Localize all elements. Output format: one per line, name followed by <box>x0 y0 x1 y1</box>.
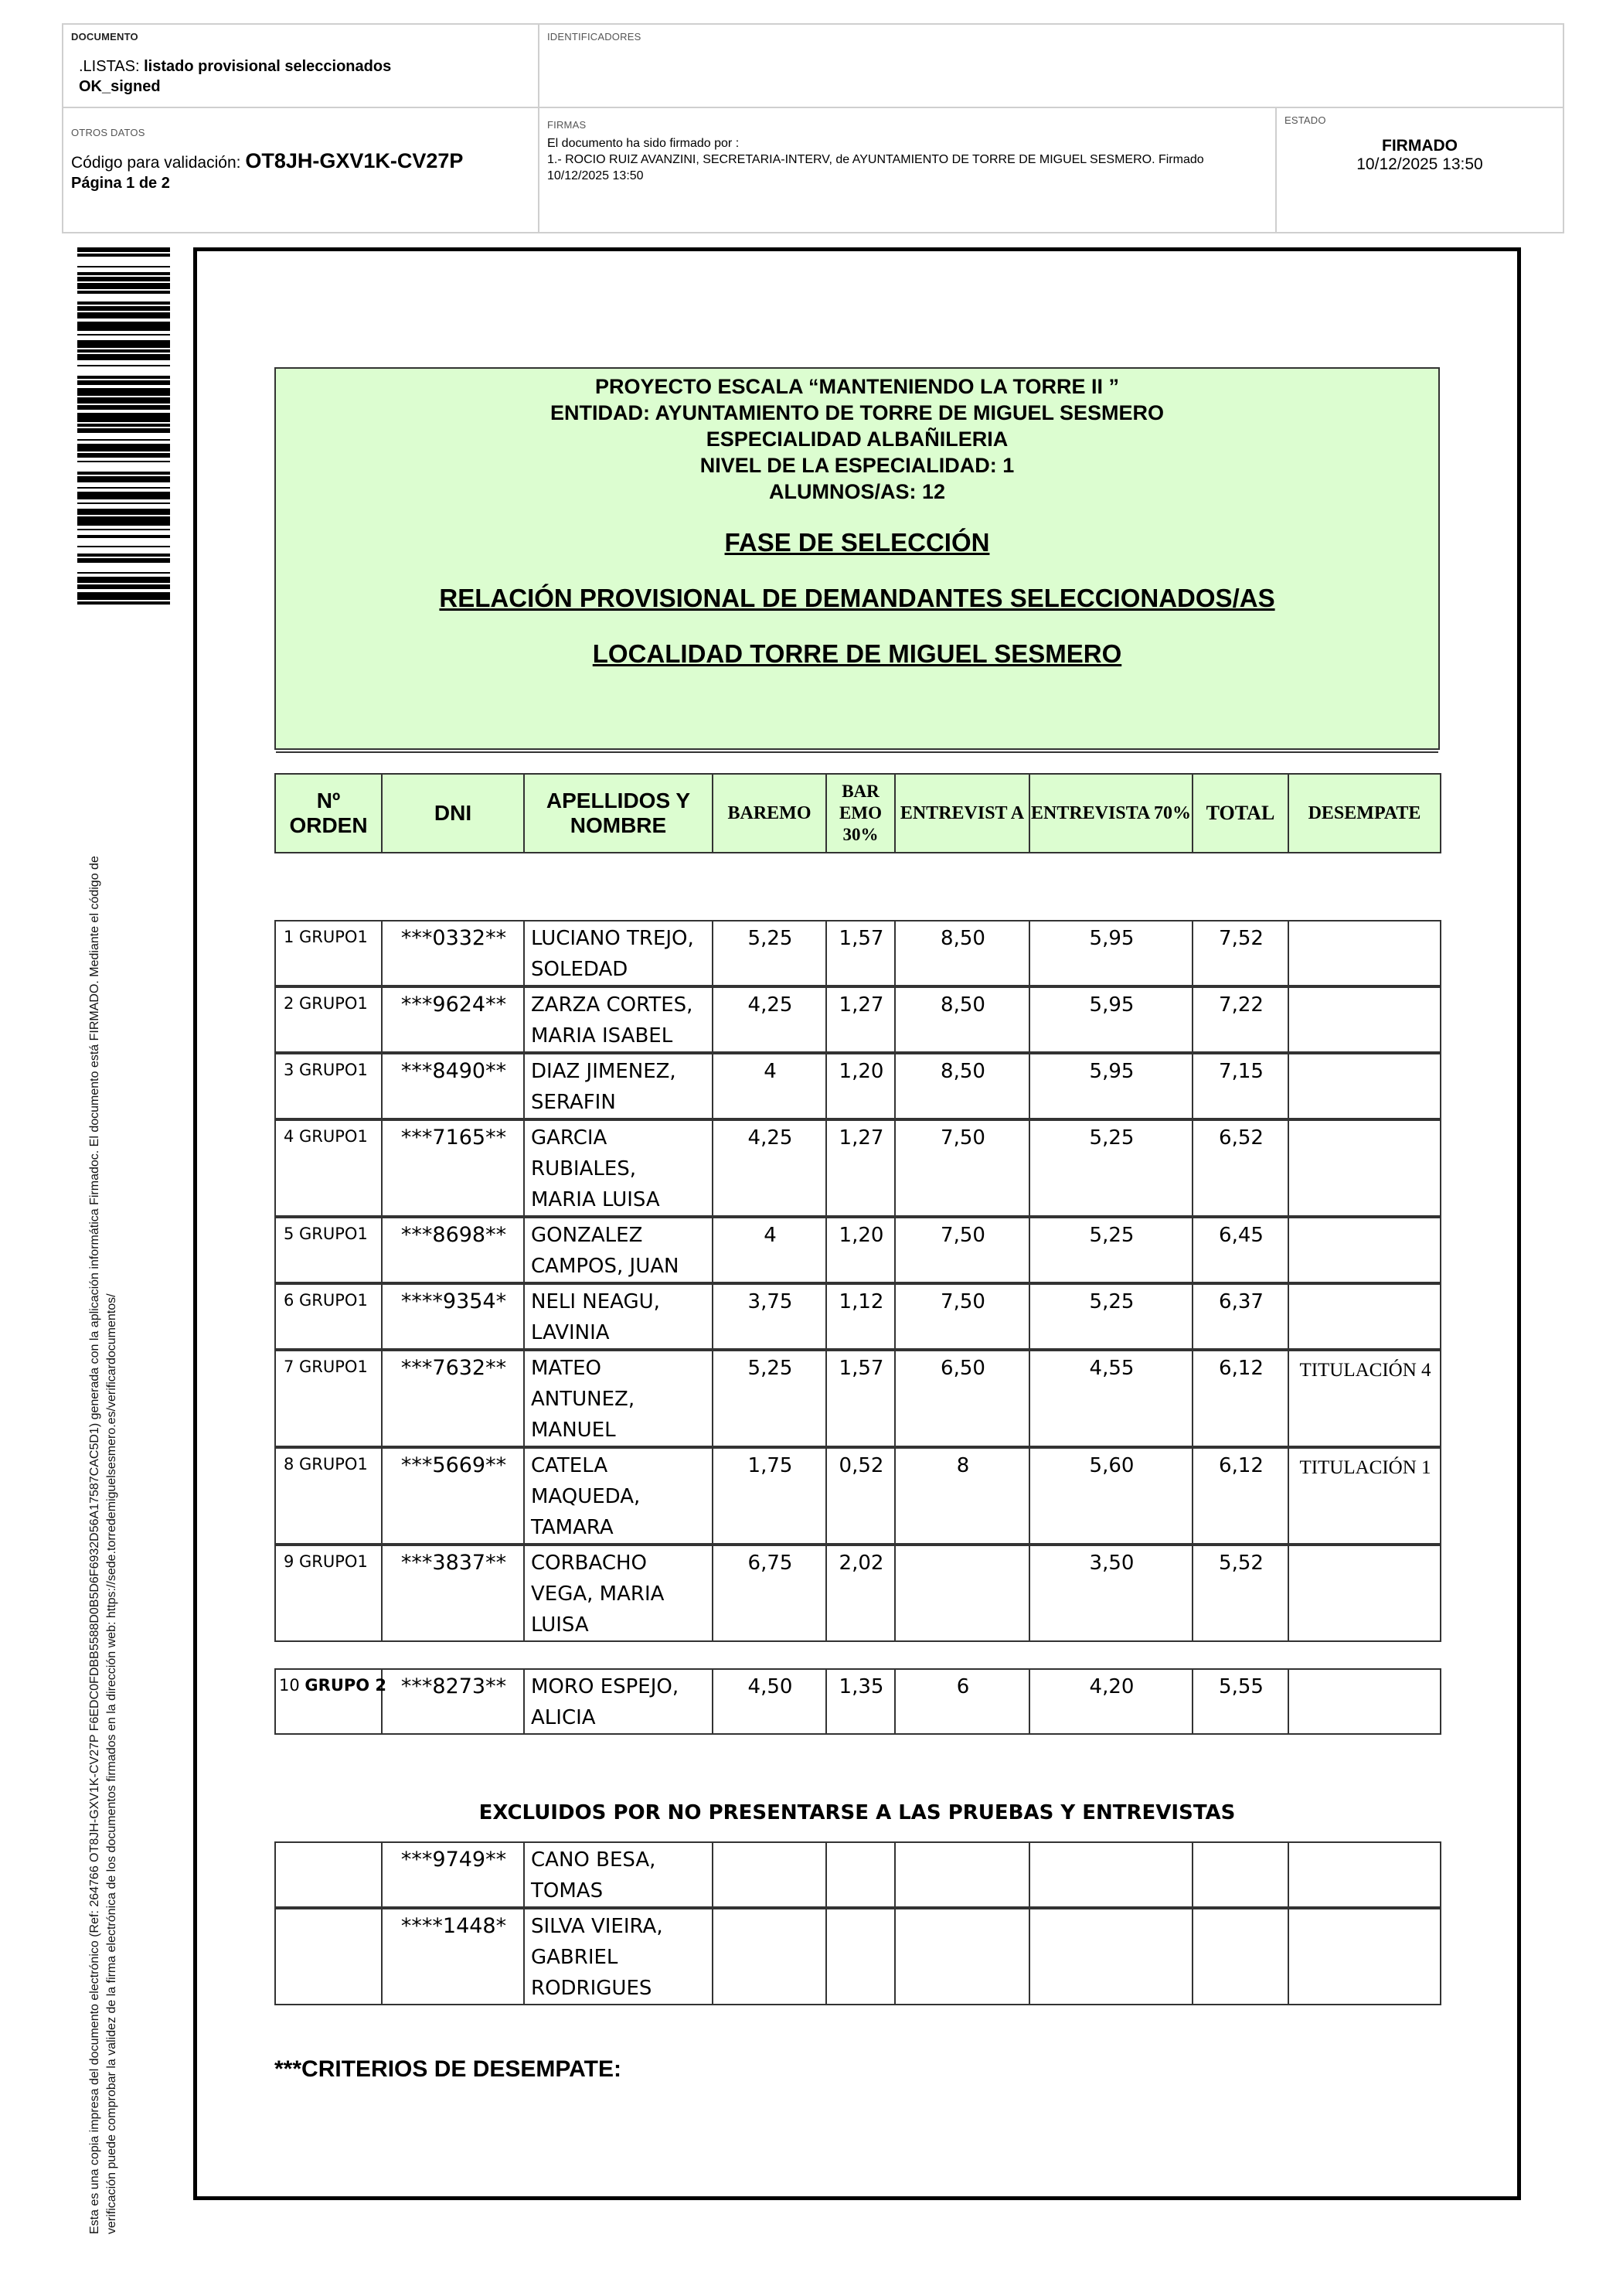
identificadores-box: IDENTIFICADORES <box>538 23 1564 108</box>
dni-cell: ***5669** <box>382 1447 524 1545</box>
baremo30-cell: 1,20 <box>826 1217 895 1283</box>
title-line: ENTIDAD: AYUNTAMIENTO DE TORRE DE MIGUEL… <box>276 400 1438 426</box>
orden-cell: 5 GRUPO1 <box>275 1217 382 1283</box>
empty-cell <box>1029 1842 1193 1908</box>
entrevista70-cell: 5,25 <box>1029 1217 1193 1283</box>
table-row: ***9749**CANO BESA, TOMAS <box>275 1842 1441 1908</box>
col-baremo: BAREMO <box>713 774 826 853</box>
nombre-cell: CANO BESA, TOMAS <box>524 1842 713 1908</box>
selected-table-group2: 10 GRUPO 2 ***8273** MORO ESPEJO, ALICIA… <box>274 1668 1441 1735</box>
orden-cell: 10 GRUPO 2 <box>275 1669 382 1734</box>
empty-cell <box>275 1908 382 2005</box>
total-cell: 6,37 <box>1193 1283 1288 1350</box>
nombre-cell: MORO ESPEJO, ALICIA <box>524 1669 713 1734</box>
barcode-bar <box>77 476 170 482</box>
empty-cell <box>826 1908 895 2005</box>
nombre-cell: CORBACHO VEGA, MARIA LUISA <box>524 1545 713 1641</box>
verification-stamp-text: Esta es una copia impresa del documento … <box>87 696 121 2234</box>
dni-cell: ****1448* <box>382 1908 524 2005</box>
dni-cell: ****9354* <box>382 1283 524 1350</box>
orden-cell: 8 GRUPO1 <box>275 1447 382 1545</box>
fase-heading: FASE DE SELECCIÓN <box>276 528 1438 557</box>
barcode-bar <box>77 546 170 547</box>
barcode-bar <box>77 502 170 504</box>
dni-cell: ***3837** <box>382 1545 524 1641</box>
barcode-bar <box>77 554 170 557</box>
baremo-cell: 4 <box>713 1217 826 1283</box>
barcode-bar <box>77 453 170 458</box>
col-baremo30: BAR EMO 30% <box>826 774 895 853</box>
barcode-bar <box>77 349 170 353</box>
entrevista-cell: 6 <box>895 1669 1029 1734</box>
barcode-bar <box>77 388 170 396</box>
identificadores-label: IDENTIFICADORES <box>547 31 1555 43</box>
barcode-bar <box>77 247 170 252</box>
entrevista70-cell: 5,25 <box>1029 1119 1193 1217</box>
col-desempate: DESEMPATE <box>1288 774 1441 853</box>
table-row: 9 GRUPO1***3837**CORBACHO VEGA, MARIA LU… <box>275 1545 1441 1641</box>
table-row: 1 GRUPO1***0332**LUCIANO TREJO, SOLEDAD5… <box>275 921 1441 986</box>
col-orden: Nº ORDEN <box>275 774 382 853</box>
baremo30-cell: 0,52 <box>826 1447 895 1545</box>
baremo30-cell: 1,27 <box>826 1119 895 1217</box>
estado-value: FIRMADO 10/12/2025 13:50 <box>1284 137 1555 174</box>
dni-cell: ***8273** <box>382 1669 524 1734</box>
empty-cell <box>1288 1842 1441 1908</box>
otros-datos-label: OTROS DATOS <box>71 127 530 138</box>
baremo30-cell: 1,57 <box>826 921 895 986</box>
total-cell: 6,12 <box>1193 1447 1288 1545</box>
dni-cell: ***7632** <box>382 1350 524 1447</box>
barcode-bar <box>77 322 170 331</box>
barcode-bar <box>77 444 170 451</box>
entrevista70-cell: 5,95 <box>1029 986 1193 1053</box>
dni-cell: ***0332** <box>382 921 524 986</box>
barcode-bar <box>77 529 170 530</box>
barcode-bar <box>77 306 170 311</box>
page-info: Página 1 de 2 <box>71 175 530 192</box>
nombre-cell: MATEO ANTUNEZ, MANUEL <box>524 1350 713 1447</box>
empty-cell <box>1193 1842 1288 1908</box>
estado-label: ESTADO <box>1284 114 1555 126</box>
table-row: 5 GRUPO1***8698**GONZALEZ CAMPOS, JUAN41… <box>275 1217 1441 1283</box>
excluded-table: ***9749**CANO BESA, TOMAS****1448*SILVA … <box>274 1841 1441 2005</box>
entrevista70-cell: 5,95 <box>1029 921 1193 986</box>
baremo30-cell: 1,27 <box>826 986 895 1053</box>
orden-cell: 1 GRUPO1 <box>275 921 382 986</box>
barcode-bar <box>77 424 170 427</box>
barcode-bar <box>77 354 170 360</box>
entrevista-cell: 8,50 <box>895 986 1029 1053</box>
barcode-bar <box>77 601 170 605</box>
orden-cell: 6 GRUPO1 <box>275 1283 382 1350</box>
dni-cell: ***7165** <box>382 1119 524 1217</box>
baremo-cell: 4,50 <box>713 1669 826 1734</box>
table-row: 8 GRUPO1***5669**CATELA MAQUEDA, TAMARA1… <box>275 1447 1441 1545</box>
nombre-cell: ZARZA CORTES, MARIA ISABEL <box>524 986 713 1053</box>
barcode-bar <box>77 397 170 404</box>
barcode-bar <box>77 291 170 294</box>
entrevista70-cell: 3,50 <box>1029 1545 1193 1641</box>
col-entrevista70: ENTREVISTA 70% <box>1029 774 1193 853</box>
barcode-bar <box>77 572 170 574</box>
baremo30-cell: 1,12 <box>826 1283 895 1350</box>
table-row: 6 GRUPO1****9354*NELI NEAGU, LAVINIA3,75… <box>275 1283 1441 1350</box>
title-line: ESPECIALIDAD ALBAÑILERIA <box>276 426 1438 452</box>
barcode-bar <box>77 277 170 281</box>
status-badge: FIRMADO <box>1284 137 1555 155</box>
baremo-cell: 1,75 <box>713 1447 826 1545</box>
barcode-bar <box>77 516 170 526</box>
baremo-cell: 3,75 <box>713 1283 826 1350</box>
orden-cell: 9 GRUPO1 <box>275 1545 382 1641</box>
entrevista70-cell: 5,25 <box>1029 1283 1193 1350</box>
relacion-heading: RELACIÓN PROVISIONAL DE DEMANDANTES SELE… <box>276 584 1438 613</box>
barcode-bar <box>77 413 170 422</box>
desempate-cell: TITULACIÓN 4 <box>1288 1350 1441 1447</box>
barcode-bar <box>77 334 170 336</box>
dni-cell: ***9749** <box>382 1842 524 1908</box>
orden-cell: 2 GRUPO1 <box>275 986 382 1053</box>
total-cell: 6,45 <box>1193 1217 1288 1283</box>
empty-cell <box>275 1842 382 1908</box>
barcode-bar <box>77 558 170 563</box>
table-header: Nº ORDEN DNI APELLIDOS Y NOMBRE BAREMO B… <box>274 773 1441 853</box>
desempate-cell <box>1288 1545 1441 1641</box>
total-cell: 6,52 <box>1193 1119 1288 1217</box>
total-cell: 5,55 <box>1193 1669 1288 1734</box>
table-row: 7 GRUPO1***7632**MATEO ANTUNEZ, MANUEL5,… <box>275 1350 1441 1447</box>
entrevista-cell <box>895 1545 1029 1641</box>
col-entrevista: ENTREVIST A <box>895 774 1029 853</box>
nombre-cell: GONZALEZ CAMPOS, JUAN <box>524 1217 713 1283</box>
entrevista-cell: 6,50 <box>895 1350 1029 1447</box>
desempate-cell: TITULACIÓN 1 <box>1288 1447 1441 1545</box>
barcode-bar <box>77 472 170 475</box>
entrevista-cell: 8,50 <box>895 1053 1029 1119</box>
entrevista70-cell: 4,55 <box>1029 1350 1193 1447</box>
empty-cell <box>713 1908 826 2005</box>
total-cell: 7,15 <box>1193 1053 1288 1119</box>
empty-cell <box>895 1842 1029 1908</box>
barcode-bar <box>77 428 170 433</box>
barcode-bar <box>77 405 170 410</box>
desempate-cell <box>1288 1119 1441 1217</box>
dni-cell: ***8490** <box>382 1053 524 1119</box>
barcode-bar <box>77 492 170 499</box>
documento-label: DOCUMENTO <box>71 31 530 43</box>
entrevista70-cell: 5,95 <box>1029 1053 1193 1119</box>
table-row: 2 GRUPO1***9624**ZARZA CORTES, MARIA ISA… <box>275 986 1441 1053</box>
validation-code: Código para validación: OT8JH-GXV1K-CV27… <box>71 149 530 173</box>
barcode-bar <box>77 592 170 600</box>
desempate-cell <box>1288 1283 1441 1350</box>
nombre-cell: DIAZ JIMENEZ, SERAFIN <box>524 1053 713 1119</box>
otros-datos-box: OTROS DATOS Código para validación: OT8J… <box>62 107 539 233</box>
barcode-bar <box>77 312 170 319</box>
baremo-cell: 4,25 <box>713 1119 826 1217</box>
estado-box: ESTADO FIRMADO 10/12/2025 13:50 <box>1275 107 1564 233</box>
baremo-cell: 5,25 <box>713 921 826 986</box>
empty-cell <box>1193 1908 1288 2005</box>
barcode-bar <box>77 272 170 275</box>
nombre-cell: NELI NEAGU, LAVINIA <box>524 1283 713 1350</box>
desempate-cell <box>1288 1217 1441 1283</box>
desempate-cell <box>1288 921 1441 986</box>
dni-cell: ***9624** <box>382 986 524 1053</box>
document-title: .LISTAS: listado provisional seleccionad… <box>79 56 530 97</box>
baremo-cell: 4 <box>713 1053 826 1119</box>
entrevista-cell: 7,50 <box>895 1119 1029 1217</box>
nombre-cell: GARCIA RUBIALES, MARIA LUISA <box>524 1119 713 1217</box>
col-total: TOTAL <box>1193 774 1288 853</box>
total-cell: 5,52 <box>1193 1545 1288 1641</box>
barcode-bar <box>77 461 170 462</box>
baremo30-cell: 1,35 <box>826 1669 895 1734</box>
barcode-bar <box>77 380 170 385</box>
empty-cell <box>713 1842 826 1908</box>
table-row: 3 GRUPO1***8490**DIAZ JIMENEZ, SERAFIN41… <box>275 1053 1441 1119</box>
table-row: 10 GRUPO 2 ***8273** MORO ESPEJO, ALICIA… <box>275 1669 1441 1734</box>
entrevista70-cell: 4,20 <box>1029 1669 1193 1734</box>
barcode-bar <box>77 283 170 289</box>
baremo-cell: 4,25 <box>713 986 826 1053</box>
firmas-text: El documento ha sido firmado por : 1.- R… <box>547 135 1267 184</box>
baremo30-cell: 1,20 <box>826 1053 895 1119</box>
documento-box: DOCUMENTO .LISTAS: listado provisional s… <box>62 23 539 108</box>
barcode-bar <box>77 439 170 441</box>
nombre-cell: LUCIANO TREJO, SOLEDAD <box>524 921 713 986</box>
entrevista-cell: 7,50 <box>895 1283 1029 1350</box>
empty-cell <box>895 1908 1029 2005</box>
title-line: NIVEL DE LA ESPECIALIDAD: 1 <box>276 452 1438 479</box>
table-row: ****1448*SILVA VIEIRA, GABRIEL RODRIGUES <box>275 1908 1441 2005</box>
orden-cell: 3 GRUPO1 <box>275 1053 382 1119</box>
total-cell: 7,22 <box>1193 986 1288 1053</box>
excluded-heading: EXCLUIDOS POR NO PRESENTARSE A LAS PRUEB… <box>274 1801 1440 1824</box>
empty-cell <box>1288 1908 1441 2005</box>
entrevista70-cell: 5,60 <box>1029 1447 1193 1545</box>
title-line: ALUMNOS/AS: 12 <box>276 479 1438 505</box>
title-line: PROYECTO ESCALA “MANTENIENDO LA TORRE II… <box>276 373 1438 400</box>
baremo-cell: 5,25 <box>713 1350 826 1447</box>
table-row: 4 GRUPO1***7165**GARCIA RUBIALES, MARIA … <box>275 1119 1441 1217</box>
baremo-cell: 6,75 <box>713 1545 826 1641</box>
total-cell: 7,52 <box>1193 921 1288 986</box>
total-cell: 6,12 <box>1193 1350 1288 1447</box>
col-nombre: APELLIDOS Y NOMBRE <box>524 774 713 853</box>
title-block: PROYECTO ESCALA “MANTENIENDO LA TORRE II… <box>274 367 1440 750</box>
orden-cell: 7 GRUPO1 <box>275 1350 382 1447</box>
barcode-bar <box>77 376 170 379</box>
selected-table-group1: 1 GRUPO1***0332**LUCIANO TREJO, SOLEDAD5… <box>274 920 1441 1642</box>
criterios-heading: ***CRITERIOS DE DESEMPATE: <box>274 2056 621 2083</box>
firmas-box: FIRMAS El documento ha sido firmado por … <box>538 107 1277 233</box>
baremo30-cell: 1,57 <box>826 1350 895 1447</box>
empty-cell <box>826 1842 895 1908</box>
barcode-bar <box>77 254 170 257</box>
orden-cell: 4 GRUPO1 <box>275 1119 382 1217</box>
barcode-bar <box>77 509 170 515</box>
col-dni: DNI <box>382 774 524 853</box>
barcode-bar <box>77 266 170 267</box>
entrevista-cell: 8 <box>895 1447 1029 1545</box>
desempate-cell <box>1288 1669 1441 1734</box>
barcode-bar <box>77 535 170 538</box>
barcode <box>77 247 172 638</box>
firmas-label: FIRMAS <box>547 119 1267 131</box>
nombre-cell: CATELA MAQUEDA, TAMARA <box>524 1447 713 1545</box>
barcode-bar <box>77 301 170 305</box>
entrevista-cell: 8,50 <box>895 921 1029 986</box>
localidad-heading: LOCALIDAD TORRE DE MIGUEL SESMERO <box>276 639 1438 669</box>
barcode-bar <box>77 487 170 489</box>
nombre-cell: SILVA VIEIRA, GABRIEL RODRIGUES <box>524 1908 713 2005</box>
barcode-bar <box>77 365 170 366</box>
desempate-cell <box>1288 1053 1441 1119</box>
entrevista-cell: 7,50 <box>895 1217 1029 1283</box>
dni-cell: ***8698** <box>382 1217 524 1283</box>
baremo30-cell: 2,02 <box>826 1545 895 1641</box>
barcode-bar <box>77 340 170 348</box>
empty-cell <box>1029 1908 1193 2005</box>
desempate-cell <box>1288 986 1441 1053</box>
barcode-bar <box>77 577 170 583</box>
barcode-bar <box>77 584 170 589</box>
